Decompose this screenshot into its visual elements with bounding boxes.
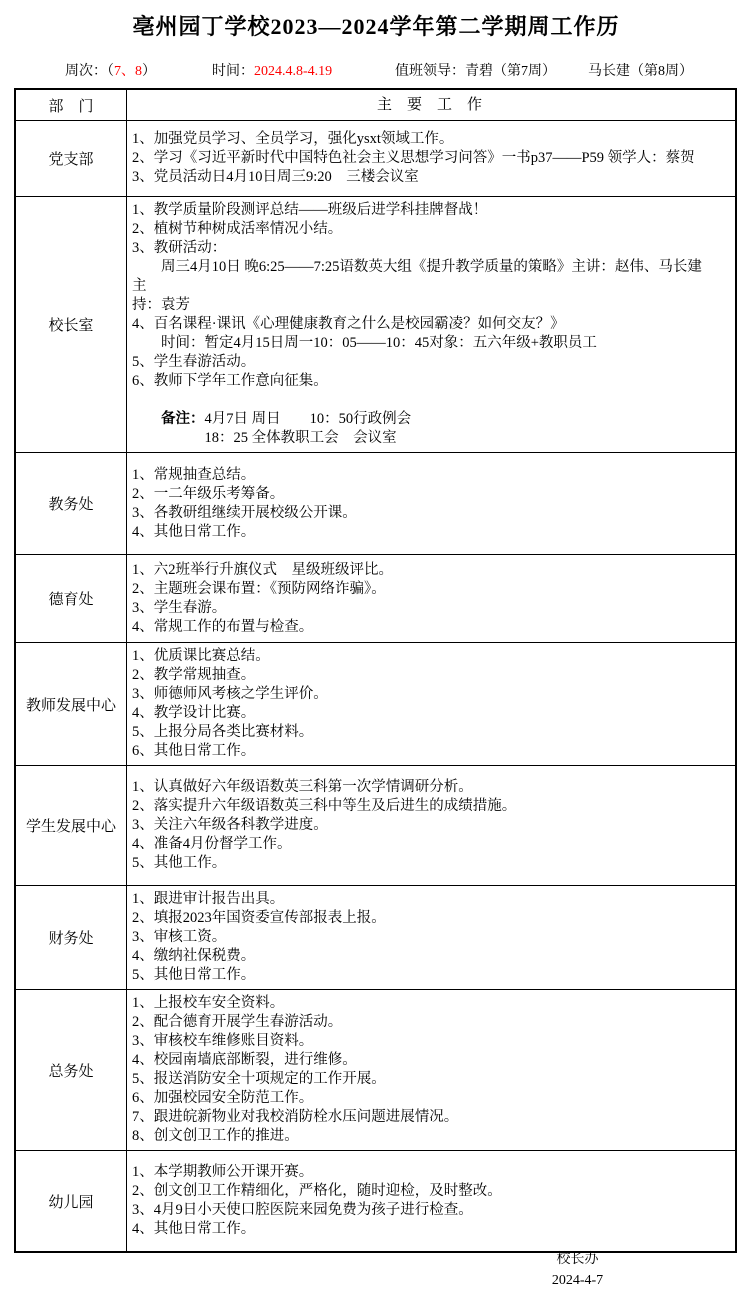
table-row: 总务处1、上报校车安全资料。2、配合德育开展学生春游活动。3、审核校车维修账目资… <box>16 989 735 1150</box>
work-line: 1、加强党员学习、全员学习，强化ysxt领域工作。 <box>132 130 727 149</box>
work-line: 3、师德师风考核之学生评价。 <box>132 685 727 704</box>
work-line: 4、准备4月份督学工作。 <box>132 835 727 854</box>
work-line: 2、学习《习近平新时代中国特色社会主义思想学习问答》一书p37——P59 领学人… <box>132 149 727 168</box>
work-line: 1、跟进审计报告出具。 <box>132 890 727 909</box>
header-main-cell: 主 要 工 作 <box>127 90 735 120</box>
main-work-cell: 1、跟进审计报告出具。2、填报2023年国资委宣传部报表上报。3、审核工资。4、… <box>127 886 735 989</box>
main-work-cell: 1、上报校车安全资料。2、配合德育开展学生春游活动。3、审核校车维修账目资料。4… <box>127 990 735 1150</box>
main-work-cell: 1、教学质量阶段测评总结——班级后进学科挂牌督战！2、植树节种树成活率情况小结。… <box>127 197 735 452</box>
work-line: 2、填报2023年国资委宣传部报表上报。 <box>132 909 727 928</box>
text-part: 值班领导：青碧（第7周） <box>395 64 556 79</box>
work-line: 5、上报分局各类比赛材料。 <box>132 723 727 742</box>
work-line: 4、常规工作的布置与检查。 <box>132 618 727 637</box>
info-row: 周次：（7、8）时间：2024.4.8-4.19值班领导：青碧（第7周）马长建（… <box>0 60 752 80</box>
table-row: 党支部1、加强党员学习、全员学习，强化ysxt领域工作。2、学习《习近平新时代中… <box>16 120 735 196</box>
work-line: 1、六2班举行升旗仪式 星级班级评比。 <box>132 561 727 580</box>
text-part: 时间： <box>212 64 254 79</box>
table-row: 教务处1、常规抽查总结。2、一二年级乐考筹备。3、各教研组继续开展校级公开课。4… <box>16 452 735 554</box>
work-line: 1、上报校车安全资料。 <box>132 994 727 1013</box>
duty-leader-week7: 值班领导：青碧（第7周） <box>395 60 556 80</box>
work-line: 2、主题班会课布置：《预防网络诈骗》。 <box>132 580 727 599</box>
work-line: 2、教学常规抽查。 <box>132 666 727 685</box>
dept-cell: 教务处 <box>16 453 127 554</box>
table-header-row: 部 门 主 要 工 作 <box>16 90 735 120</box>
main-work-cell: 1、认真做好六年级语数英三科第一次学情调研分析。2、落实提升六年级语数英三科中等… <box>127 766 735 885</box>
highlight-red-text: 2024.4.8-4.19 <box>254 64 332 79</box>
page-title: 亳州园丁学校2023—2024学年第二学期周工作历 <box>0 10 752 41</box>
work-line: 5、报送消防安全十项规定的工作开展。 <box>132 1070 727 1089</box>
work-line <box>132 391 727 410</box>
work-line: 1、认真做好六年级语数英三科第一次学情调研分析。 <box>132 778 727 797</box>
work-line: 3、教研活动： <box>132 239 727 258</box>
work-line: 6、加强校园安全防范工作。 <box>132 1089 727 1108</box>
dept-cell: 总务处 <box>16 990 127 1150</box>
dept-cell: 财务处 <box>16 886 127 989</box>
work-line: 3、审核工资。 <box>132 928 727 947</box>
work-line: 6、教师下学年工作意向征集。 <box>132 372 727 391</box>
work-line: 2、一二年级乐考筹备。 <box>132 485 727 504</box>
work-line: 持：袁芳 <box>132 296 727 315</box>
work-line: 2、创文创卫工作精细化，严格化，随时迎检，及时整改。 <box>132 1182 727 1201</box>
work-line: 时间：暂定4月15日周一10：05——10：45对象：五六年级+教职员工 <box>132 334 727 353</box>
dept-cell: 教师发展中心 <box>16 643 127 765</box>
work-line: 3、各教研组继续开展校级公开课。 <box>132 504 727 523</box>
work-calendar-table: 部 门 主 要 工 作 党支部1、加强党员学习、全员学习，强化ysxt领域工作。… <box>14 88 737 1253</box>
header-dept-cell: 部 门 <box>16 90 127 120</box>
work-line: 1、优质课比赛总结。 <box>132 647 727 666</box>
work-line: 4、缴纳社保税费。 <box>132 947 727 966</box>
work-line: 1、教学质量阶段测评总结——班级后进学科挂牌督战！ <box>132 201 727 220</box>
work-line: 4、百名课程·课讯《心理健康教育之什么是校园霸凌？如何交友？》 <box>132 315 727 334</box>
work-line: 5、学生春游活动。 <box>132 353 727 372</box>
table-row: 学生发展中心1、认真做好六年级语数英三科第一次学情调研分析。2、落实提升六年级语… <box>16 765 735 885</box>
main-work-cell: 1、常规抽查总结。2、一二年级乐考筹备。3、各教研组继续开展校级公开课。4、其他… <box>127 453 735 554</box>
text-part: ） <box>142 64 156 79</box>
main-work-cell: 1、本学期教师公开课开赛。2、创文创卫工作精细化，严格化，随时迎检，及时整改。3… <box>127 1151 735 1251</box>
work-line: 周三4月10日 晚6:25——7:25语数英大组《提升教学质量的策略》主讲：赵伟… <box>132 258 727 296</box>
work-line: 5、其他日常工作。 <box>132 966 727 985</box>
signature-date: 2024-4-7 <box>500 1270 655 1291</box>
signature-office: 校长办 <box>500 1249 655 1270</box>
work-line: 2、落实提升六年级语数英三科中等生及后进生的成绩措施。 <box>132 797 727 816</box>
text-part: 马长建（第8周） <box>588 64 693 79</box>
work-line: 7、跟进皖新物业对我校消防栓水压问题进展情况。 <box>132 1108 727 1127</box>
signature-block: 校长办 2024-4-7 <box>500 1249 655 1291</box>
table-row: 幼儿园1、本学期教师公开课开赛。2、创文创卫工作精细化，严格化，随时迎检，及时整… <box>16 1150 735 1251</box>
work-line: 3、审核校车维修账目资料。 <box>132 1032 727 1051</box>
work-line: 1、常规抽查总结。 <box>132 466 727 485</box>
duty-leader-week8: 马长建（第8周） <box>588 60 693 80</box>
work-line: 3、关注六年级各科教学进度。 <box>132 816 727 835</box>
table-row: 教师发展中心1、优质课比赛总结。2、教学常规抽查。3、师德师风考核之学生评价。4… <box>16 642 735 765</box>
dept-cell: 党支部 <box>16 121 127 196</box>
main-work-cell: 1、优质课比赛总结。2、教学常规抽查。3、师德师风考核之学生评价。4、教学设计比… <box>127 643 735 765</box>
text-part <box>132 411 161 427</box>
text-part: 4月7日 周日 10：50行政例会 <box>205 411 412 427</box>
highlight-red-text: 7、8 <box>114 64 142 79</box>
work-line: 3、党员活动日4月10日周三9:20 三楼会议室 <box>132 168 727 187</box>
dept-cell: 德育处 <box>16 555 127 642</box>
work-line: 备注：4月7日 周日 10：50行政例会 <box>132 410 727 429</box>
work-line: 3、4月9日小天使口腔医院来园免费为孩子进行检查。 <box>132 1201 727 1220</box>
work-line: 4、其他日常工作。 <box>132 1220 727 1239</box>
work-line: 2、配合德育开展学生春游活动。 <box>132 1013 727 1032</box>
work-line: 5、其他工作。 <box>132 854 727 873</box>
table-row: 财务处1、跟进审计报告出具。2、填报2023年国资委宣传部报表上报。3、审核工资… <box>16 885 735 989</box>
dept-cell: 幼儿园 <box>16 1151 127 1251</box>
work-line: 2、植树节种树成活率情况小结。 <box>132 220 727 239</box>
work-line: 4、校园南墙底部断裂，进行维修。 <box>132 1051 727 1070</box>
work-line: 4、其他日常工作。 <box>132 523 727 542</box>
header-main-label: 主 要 工 作 <box>377 96 482 115</box>
dept-cell: 校长室 <box>16 197 127 452</box>
work-line: 8、创文创卫工作的推进。 <box>132 1127 727 1146</box>
table-row: 校长室1、教学质量阶段测评总结——班级后进学科挂牌督战！2、植树节种树成活率情况… <box>16 196 735 452</box>
work-line: 1、本学期教师公开课开赛。 <box>132 1163 727 1182</box>
text-part: 周次：（ <box>65 64 114 79</box>
work-line: 3、学生春游。 <box>132 599 727 618</box>
work-line: 6、其他日常工作。 <box>132 742 727 761</box>
week-number: 周次：（7、8） <box>65 60 156 80</box>
time-range: 时间：2024.4.8-4.19 <box>212 60 332 80</box>
work-line: 4、教学设计比赛。 <box>132 704 727 723</box>
dept-cell: 学生发展中心 <box>16 766 127 885</box>
table-row: 德育处1、六2班举行升旗仪式 星级班级评比。2、主题班会课布置：《预防网络诈骗》… <box>16 554 735 642</box>
work-line: 18：25 全体教职工会 会议室 <box>132 429 727 448</box>
main-work-cell: 1、加强党员学习、全员学习，强化ysxt领域工作。2、学习《习近平新时代中国特色… <box>127 121 735 196</box>
main-work-cell: 1、六2班举行升旗仪式 星级班级评比。2、主题班会课布置：《预防网络诈骗》。3、… <box>127 555 735 642</box>
bold-text: 备注： <box>161 411 205 427</box>
